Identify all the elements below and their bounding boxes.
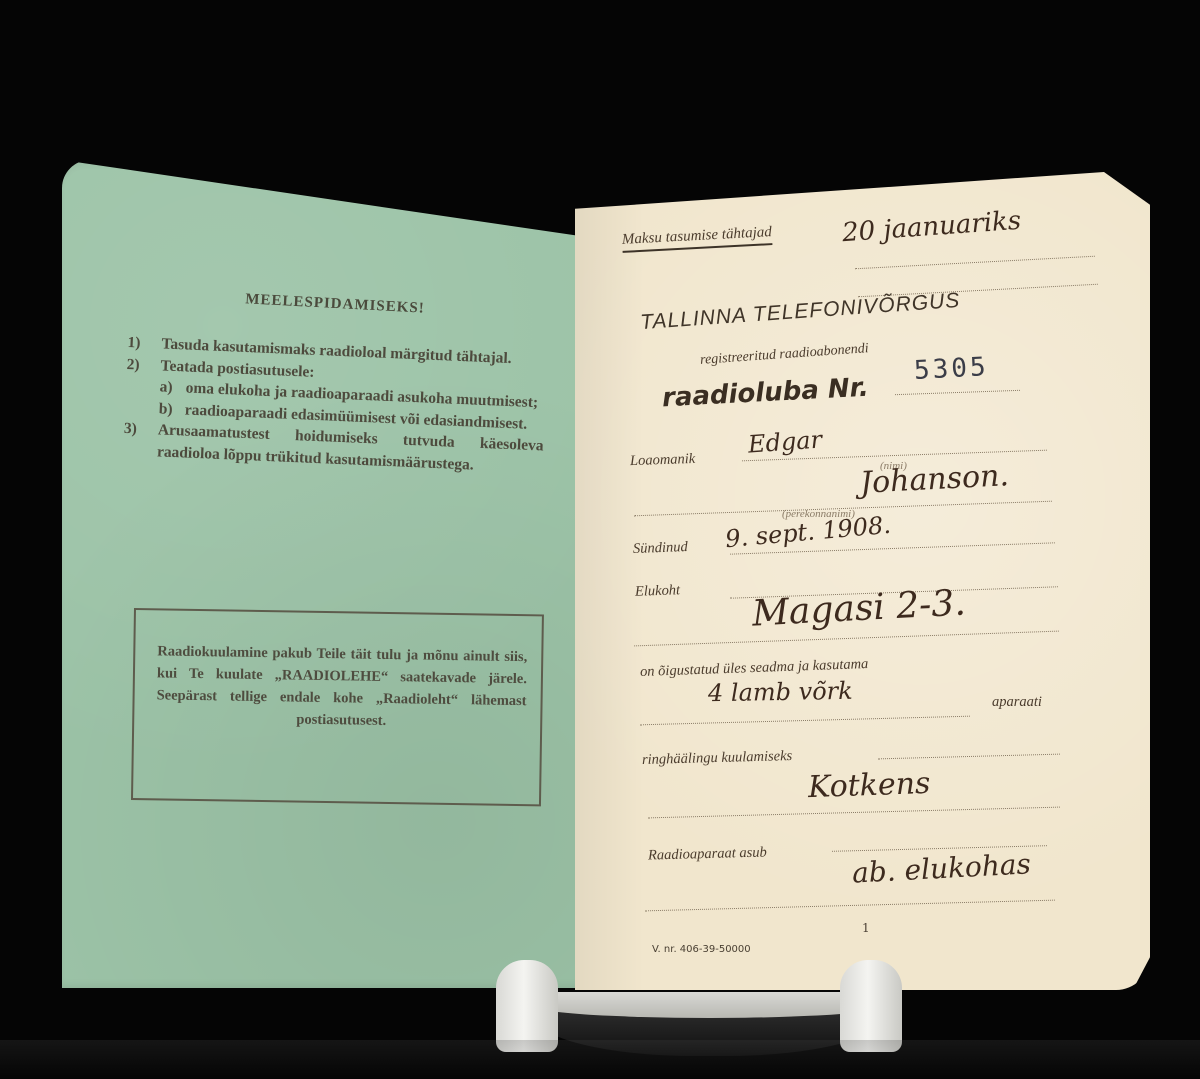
owner-first-name: Edgar bbox=[747, 425, 823, 458]
raadioleht-ad-box: Raadiokuulamine pakub Teile täit tulu ja… bbox=[131, 608, 544, 806]
surface-reflection bbox=[0, 1040, 1200, 1079]
stand-post-left bbox=[496, 960, 558, 1052]
print-code: V. nr. 406-39-50000 bbox=[652, 944, 751, 955]
stand-bar bbox=[530, 992, 890, 1018]
device-suffix: aparaati bbox=[992, 694, 1042, 711]
ad-text: Raadiokuulamine pakub Teile täit tulu ja… bbox=[156, 640, 527, 734]
official-signature: Kotkens bbox=[807, 766, 931, 805]
owner-label: Loaomanik bbox=[630, 451, 696, 470]
license-number-stamp: 5305 bbox=[913, 352, 989, 386]
residence-label: Elukoht bbox=[635, 582, 681, 601]
stand-post-right bbox=[840, 960, 902, 1052]
reminder-list: 1) Tasuda kasutamismaks raadioloal märgi… bbox=[123, 332, 548, 478]
left-page-green bbox=[62, 160, 598, 988]
device-value: 4 lamb võrk bbox=[708, 677, 853, 708]
page-number: 1 bbox=[862, 921, 870, 935]
photo-scene: MEELESPIDAMISEKS! 1) Tasuda kasutamismak… bbox=[0, 0, 1200, 1079]
born-label: Sündinud bbox=[633, 539, 688, 558]
located-label: Raadioaparaat asub bbox=[648, 844, 767, 864]
